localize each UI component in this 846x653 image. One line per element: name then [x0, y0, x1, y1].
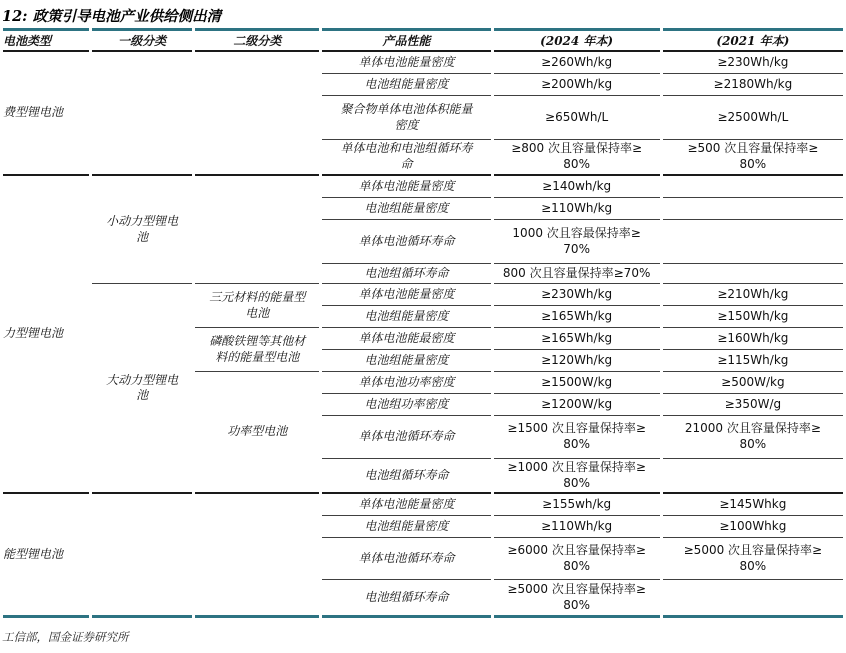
product-performance-cell: 电池组能量密度 — [322, 198, 490, 220]
value-2024-cell: ≥6000 次且容量保持率≥ 80% — [494, 538, 660, 580]
value-2024-cell: ≥800 次且容量保持率≥ 80% — [494, 140, 660, 176]
product-performance-cell: 电池组能量密度 — [322, 350, 490, 372]
level2-class-cell: 功率型电池 — [195, 372, 319, 494]
product-performance-cell: 单体电池循环寿命 — [322, 220, 490, 264]
value-2021-cell: ≥2500Wh/L — [663, 96, 843, 140]
level2-class-cell: 三元材料的能量型 电池 — [195, 284, 319, 328]
product-performance-cell: 单体电池能最密度 — [322, 328, 490, 350]
battery-type-cell: 费型锂电池 — [3, 52, 89, 176]
page-title: 12: 政策引导电池产业供给侧出清 — [2, 5, 221, 26]
product-performance-cell: 电池组能量密度 — [322, 516, 490, 538]
value-2021-cell: ≥500W/kg — [663, 372, 843, 394]
col-header-2021-edition: (2021 年本) — [663, 28, 843, 52]
value-2021-cell: ≥150Wh/kg — [663, 306, 843, 328]
value-2024-cell: ≥155wh/kg — [494, 494, 660, 516]
col-header-level1: 一级分类 — [92, 28, 192, 52]
value-2021-cell — [663, 220, 843, 264]
value-2024-cell: ≥120Wh/kg — [494, 350, 660, 372]
value-2024-cell: ≥1500 次且容量保持率≥ 80% — [494, 416, 660, 459]
level2-class-cell — [195, 176, 319, 284]
value-2024-cell: ≥110Wh/kg — [494, 516, 660, 538]
value-2021-cell: ≥210Wh/kg — [663, 284, 843, 306]
level1-class-cell: 小动力型锂电 池 — [92, 176, 192, 284]
value-2024-cell: ≥650Wh/L — [494, 96, 660, 140]
product-performance-cell: 电池组功率密度 — [322, 394, 490, 416]
product-performance-cell: 单体电池能量密度 — [322, 176, 490, 198]
col-header-battery-type: 电池类型 — [3, 28, 89, 52]
value-2024-cell: 1000 次且容最保持率≥ 70% — [494, 220, 660, 264]
value-2021-cell — [663, 198, 843, 220]
battery-type-cell: 力型锂电池 — [3, 176, 89, 494]
level1-class-cell: 大动力型锂电 池 — [92, 284, 192, 494]
value-2021-cell: ≥115Wh/kg — [663, 350, 843, 372]
table-row: 大动力型锂电 池 三元材料的能量型 电池 单体电池能量密度 ≥230Wh/kg … — [3, 284, 843, 306]
level2-class-cell — [195, 52, 319, 176]
level1-class-cell — [92, 52, 192, 176]
product-performance-cell: 电池组循环寿命 — [322, 459, 490, 494]
product-performance-cell: 单体电池能量密度 — [322, 494, 490, 516]
product-performance-cell: 聚合物单体电池体积能量 密度 — [322, 96, 490, 140]
value-2021-cell: ≥350W/g — [663, 394, 843, 416]
level2-class-cell: 磷酸铁锂等其他材 料的能量型电池 — [195, 328, 319, 372]
value-2024-cell: 800 次且容量保持率≥70% — [494, 264, 660, 284]
product-performance-cell: 电池组能量密度 — [322, 306, 490, 328]
value-2024-cell: ≥5000 次且容量保持率≥ 80% — [494, 580, 660, 618]
product-performance-cell: 单体电池循环寿命 — [322, 538, 490, 580]
battery-spec-table: 电池类型 一级分类 二级分类 产品性能 (2024 年本) (2021 年本) … — [0, 28, 846, 618]
value-2021-cell: ≥160Wh/kg — [663, 328, 843, 350]
battery-type-cell: 能型锂电池 — [3, 494, 89, 618]
value-2021-cell: ≥100Whkg — [663, 516, 843, 538]
value-2021-cell — [663, 264, 843, 284]
value-2021-cell: ≥230Wh/kg — [663, 52, 843, 74]
value-2021-cell — [663, 580, 843, 618]
value-2021-cell: ≥145Whkg — [663, 494, 843, 516]
value-2024-cell: ≥140wh/kg — [494, 176, 660, 198]
value-2021-cell: 21000 次且容量保持率≥ 80% — [663, 416, 843, 459]
source-note: 工信部，国金证券研究所 — [2, 629, 129, 645]
value-2021-cell — [663, 176, 843, 198]
header-row: 电池类型 一级分类 二级分类 产品性能 (2024 年本) (2021 年本) — [3, 28, 843, 52]
product-performance-cell: 单体电池功率密度 — [322, 372, 490, 394]
table-row: 能型锂电池 单体电池能量密度 ≥155wh/kg ≥145Whkg — [3, 494, 843, 516]
value-2021-cell: ≥2180Wh/kg — [663, 74, 843, 96]
value-2021-cell: ≥5000 次且容量保持率≥ 80% — [663, 538, 843, 580]
product-performance-cell: 电池组能量密度 — [322, 74, 490, 96]
value-2021-cell — [663, 459, 843, 494]
product-performance-cell: 单体电池循环寿命 — [322, 416, 490, 459]
value-2024-cell: ≥1500W/kg — [494, 372, 660, 394]
value-2024-cell: ≥110Wh/kg — [494, 198, 660, 220]
level2-class-cell — [195, 494, 319, 618]
value-2024-cell: ≥1000 次且容量保持率≥ 80% — [494, 459, 660, 494]
value-2024-cell: ≥200Wh/kg — [494, 74, 660, 96]
level1-class-cell — [92, 494, 192, 618]
col-header-product-performance: 产品性能 — [322, 28, 490, 52]
product-performance-cell: 单体电池和电池组循环寿 命 — [322, 140, 490, 176]
col-header-2024-edition: (2024 年本) — [494, 28, 660, 52]
value-2024-cell: ≥230Wh/kg — [494, 284, 660, 306]
value-2024-cell: ≥260Wh/kg — [494, 52, 660, 74]
product-performance-cell: 单体电池能量密度 — [322, 284, 490, 306]
product-performance-cell: 单体电池能量密度 — [322, 52, 490, 74]
table-row: 费型锂电池 单体电池能量密度 ≥260Wh/kg ≥230Wh/kg — [3, 52, 843, 74]
value-2024-cell: ≥1200W/kg — [494, 394, 660, 416]
value-2024-cell: ≥165Wh/kg — [494, 328, 660, 350]
product-performance-cell: 电池组循环寿命 — [322, 264, 490, 284]
value-2024-cell: ≥165Wh/kg — [494, 306, 660, 328]
table-row: 力型锂电池 小动力型锂电 池 单体电池能量密度 ≥140wh/kg — [3, 176, 843, 198]
product-performance-cell: 电池组循环寿命 — [322, 580, 490, 618]
col-header-level2: 二级分类 — [195, 28, 319, 52]
value-2021-cell: ≥500 次且容量保持率≥ 80% — [663, 140, 843, 176]
